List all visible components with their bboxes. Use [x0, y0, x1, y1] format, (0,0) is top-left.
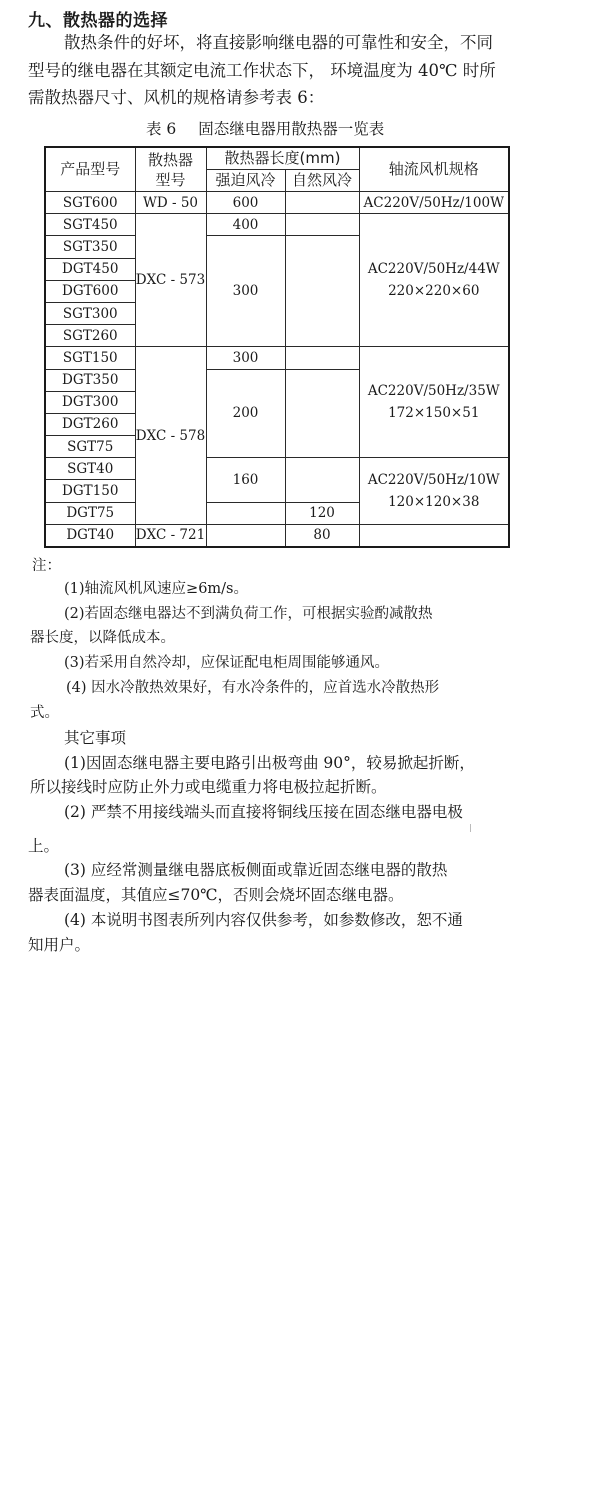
cell-fan — [359, 524, 509, 547]
cell-product: DGT600 — [45, 280, 135, 302]
cell-forced — [206, 524, 285, 547]
note-2: (2)若固态继电器达不到满负荷工作，可根据实验酌减散热 — [64, 603, 433, 625]
cell-forced: 200 — [206, 369, 285, 458]
cell-forced — [206, 502, 285, 524]
cell-forced: 300 — [206, 236, 285, 347]
fan-power: AC220V/50Hz/44W — [360, 258, 509, 280]
cell-product: SGT75 — [45, 436, 135, 458]
header-forced-air: 强迫风冷 — [206, 170, 285, 192]
fan-size: 220×220×60 — [360, 280, 509, 302]
header-product-model: 产品型号 — [45, 147, 135, 192]
cell-product: DGT260 — [45, 413, 135, 435]
cell-product: DGT40 — [45, 524, 135, 547]
table-caption: 表 6固态继电器用散热器一览表 — [146, 117, 384, 139]
cell-product: SGT260 — [45, 325, 135, 347]
cell-forced: 300 — [206, 347, 285, 369]
table-caption-number: 表 6 — [146, 120, 176, 138]
other-item-4: (4) 本说明书图表所列内容仅供参考，如参数修改，恕不通 — [64, 908, 463, 930]
cell-natural — [285, 236, 359, 347]
cell-product: DGT350 — [45, 369, 135, 391]
other-item-1: (1)因固态继电器主要电路引出极弯曲 90°，较易掀起折断， — [64, 751, 475, 773]
section-heading: 九、散热器的选择 — [28, 6, 168, 31]
cell-fan: AC220V/50Hz/100W — [359, 192, 509, 214]
scan-speck — [470, 824, 471, 832]
cell-fan: AC220V/50Hz/10W 120×120×38 — [359, 458, 509, 525]
other-item-2: (2) 严禁不用接线端头而直接将铜线压接在固态继电器电极 — [64, 800, 463, 822]
cell-product: SGT600 — [45, 192, 135, 214]
note-3: (3)若采用自然冷却，应保证配电柜周围能够通风。 — [64, 652, 389, 674]
cell-product: SGT450 — [45, 214, 135, 236]
cell-natural — [285, 458, 359, 502]
intro-line-2: 型号的继电器在其额定电流工作状态下， 环境温度为 40℃ 时所 — [28, 60, 496, 82]
fan-size: 120×120×38 — [360, 491, 509, 513]
other-item-4-cont: 知用户。 — [28, 933, 90, 955]
cell-natural — [285, 347, 359, 369]
cell-fan: AC220V/50Hz/35W 172×150×51 — [359, 347, 509, 458]
header-heatsink-model-line1: 散热器 — [136, 150, 206, 170]
table-row: DGT40 DXC - 721 80 — [45, 524, 509, 547]
cell-product: SGT150 — [45, 347, 135, 369]
cell-product: SGT300 — [45, 302, 135, 324]
cell-natural — [285, 192, 359, 214]
cell-fan: AC220V/50Hz/44W 220×220×60 — [359, 214, 509, 347]
header-heatsink-model-line2: 型号 — [136, 170, 206, 190]
cell-natural — [285, 369, 359, 458]
cell-heatsink: DXC - 721 — [135, 524, 206, 547]
cell-product: SGT350 — [45, 236, 135, 258]
cell-forced: 160 — [206, 458, 285, 502]
header-natural-air: 自然风冷 — [285, 170, 359, 192]
fan-power: AC220V/50Hz/35W — [360, 380, 509, 402]
cell-natural — [285, 214, 359, 236]
header-heatsink-model: 散热器 型号 — [135, 147, 206, 192]
cell-product: DGT150 — [45, 480, 135, 502]
note-2-cont: 器长度，以降低成本。 — [30, 627, 175, 649]
fan-power: AC220V/50Hz/10W — [360, 469, 509, 491]
table-row: SGT600 WD - 50 600 AC220V/50Hz/100W — [45, 192, 509, 214]
intro-line-1: 散热条件的好坏，将直接影响继电器的可靠性和安全，不同 — [64, 32, 493, 54]
cell-natural: 80 — [285, 524, 359, 547]
fan-size: 172×150×51 — [360, 402, 509, 424]
other-item-3: (3) 应经常测量继电器底板侧面或靠近固态继电器的散热 — [64, 858, 447, 880]
cell-heatsink: DXC - 578 — [135, 347, 206, 525]
cell-product: DGT450 — [45, 258, 135, 280]
cell-heatsink: WD - 50 — [135, 192, 206, 214]
cell-product: DGT300 — [45, 391, 135, 413]
notes-label: 注： — [32, 555, 61, 577]
header-fan-spec: 轴流风机规格 — [359, 147, 509, 192]
note-4-cont: 式。 — [30, 702, 59, 724]
cell-forced: 400 — [206, 214, 285, 236]
table-row: SGT40 160 AC220V/50Hz/10W 120×120×38 — [45, 458, 509, 480]
cell-heatsink: DXC - 573 — [135, 214, 206, 347]
other-item-3-cont: 器表面温度，其值应≤70℃，否则会烧坏固态继电器。 — [28, 883, 404, 905]
table-row: SGT150 DXC - 578 300 AC220V/50Hz/35W 172… — [45, 347, 509, 369]
heatsink-table: 产品型号 散热器 型号 散热器长度(mm) 轴流风机规格 强迫风冷 自然风冷 S… — [44, 146, 510, 548]
note-1: (1)轴流风机风速应≥6m/s。 — [64, 578, 248, 600]
table-row: SGT450 DXC - 573 400 AC220V/50Hz/44W 220… — [45, 214, 509, 236]
note-4: (4) 因水冷散热效果好，有水冷条件的，应首选水冷散热形 — [66, 677, 439, 699]
other-item-2-cont: 上。 — [28, 834, 59, 856]
other-item-1-cont: 所以接线时应防止外力或电缆重力将电极拉起折断。 — [30, 775, 387, 797]
cell-product: DGT75 — [45, 502, 135, 524]
cell-product: SGT40 — [45, 458, 135, 480]
header-heatsink-length: 散热器长度(mm) — [206, 147, 359, 170]
other-matters-title: 其它事项 — [64, 726, 126, 748]
table-caption-title: 固态继电器用散热器一览表 — [198, 120, 384, 138]
intro-line-3: 需散热器尺寸、风机的规格请参考表 6： — [28, 87, 324, 109]
cell-forced: 600 — [206, 192, 285, 214]
cell-natural: 120 — [285, 502, 359, 524]
